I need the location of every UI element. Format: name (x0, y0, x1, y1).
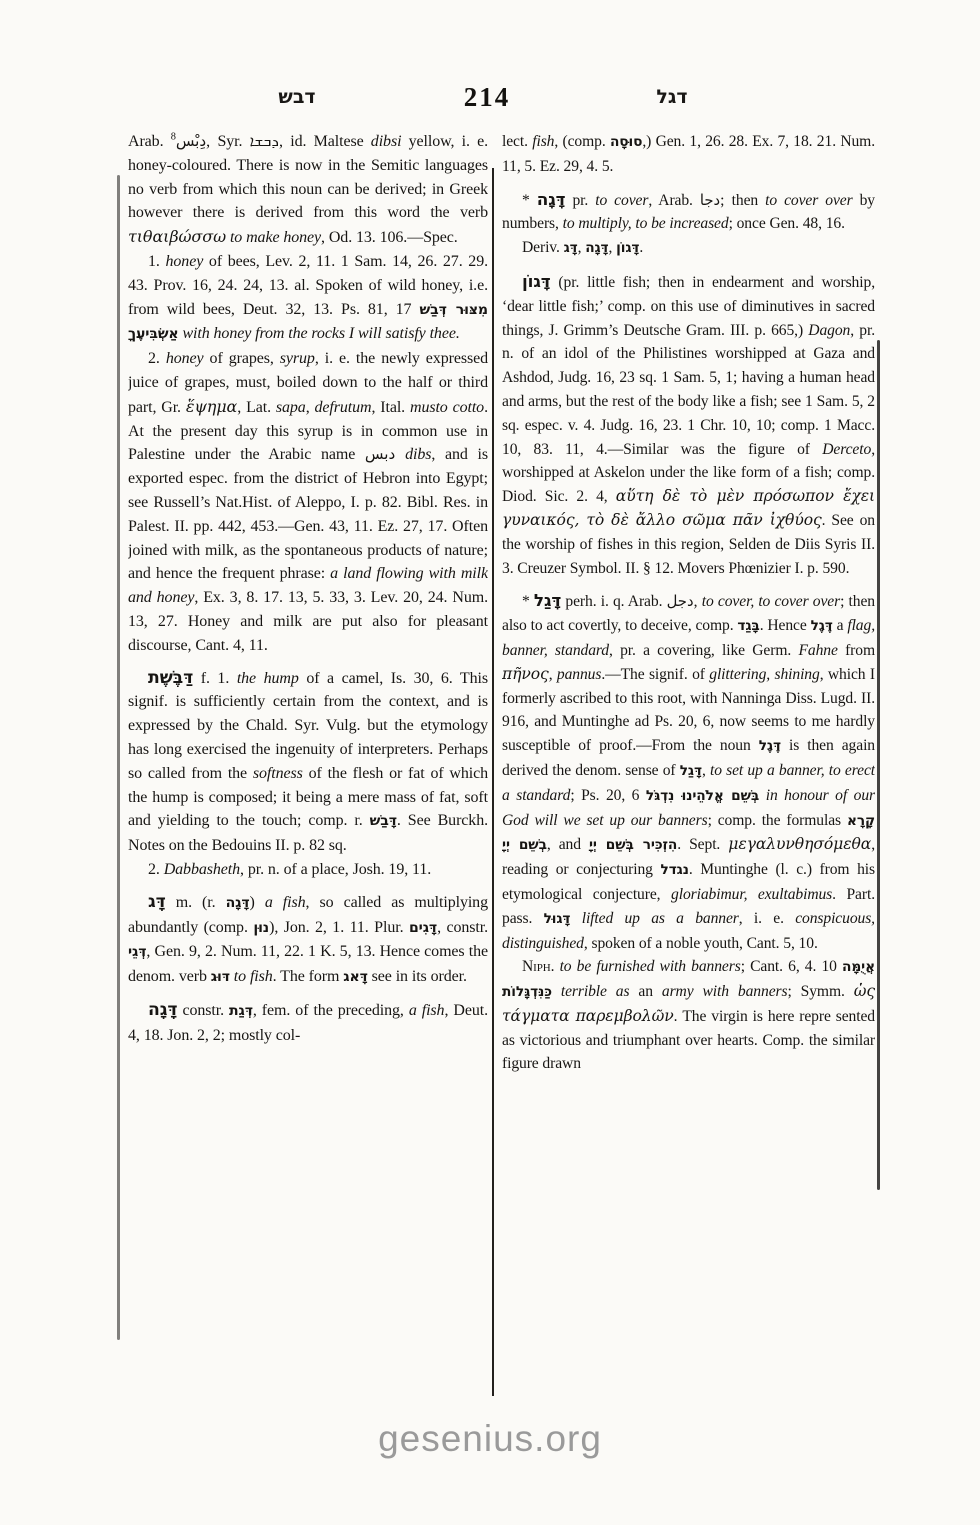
text-run: fish (532, 133, 554, 150)
left-column: Arab. 8دِبْس, Syr. ܕܒܫܐ, id. Maltese dib… (128, 130, 488, 1398)
text-run: ; once Gen. 48, 16. (729, 215, 845, 232)
hebrew-text: דָּגַל (680, 763, 702, 779)
text-run: , spoken of a noble youth, Cant. 5, 10. (584, 935, 818, 952)
text-run: , (694, 593, 702, 610)
text-run: , i. e. (739, 910, 795, 927)
text-run: , pr. n. of a place, Josh. 19, 11. (240, 861, 431, 878)
header-keyword-left: דבש (237, 86, 357, 108)
paragraph: * דָּגָה pr. to cover, Arab. دجا; then t… (502, 188, 875, 237)
text-run: ; comp. the formulas (708, 812, 847, 829)
paragraph: 2. honey of grapes, syrup, i. e. the new… (128, 347, 488, 657)
text-run: , (comp. (554, 133, 610, 150)
text-run: Arab. (128, 133, 171, 150)
hebrew-text: דְּגַת (229, 1003, 253, 1019)
text-run: 2. (148, 350, 166, 367)
text-run: ; Cant. 6, 4. 10 (741, 958, 842, 975)
text-run: . Sept. (677, 836, 728, 853)
hebrew-text: דָּג (148, 892, 166, 912)
hebrew-text: דָּגָה (537, 189, 566, 209)
text-run: . The form (273, 968, 344, 985)
text-run: to cover (595, 192, 648, 209)
text-run: , pr. n. of an idol of the Philistines w… (502, 322, 875, 458)
text-run: , fem. of the preceding, (253, 1002, 409, 1019)
text-run: a fish (409, 1002, 445, 1019)
hebrew-text: דָּבַשׁ (370, 813, 397, 829)
text-run: , id. Maltese (279, 133, 371, 150)
text-run: * (522, 593, 534, 610)
text-run: Fahne (798, 642, 837, 659)
text-run: with honey from the rocks I will satisfy… (182, 325, 459, 342)
text-run: musto cotto (410, 399, 484, 416)
text-run: 1. (148, 253, 166, 270)
greek-text: μεγαλυνθησόμεθα (728, 835, 871, 853)
hebrew-text: הִזְכִּיר בְּשֵׁם יְיָ (589, 837, 677, 853)
arabic-text: ܕܒܫܐ (250, 132, 279, 150)
hebrew-text: דָּגָה (585, 240, 608, 256)
text-run: softness (253, 765, 303, 782)
text-run: , Od. 13. 106.—Spec. (321, 229, 458, 246)
hebrew-text: דְּגֵי (128, 944, 146, 960)
hebrew-text: דֶּגֶל (811, 618, 833, 634)
text-run: m. (r. (166, 894, 226, 911)
text-run: , and (547, 836, 589, 853)
text-run: to cover over (765, 192, 852, 209)
text-run: ; Ps. 20, 6 (570, 787, 646, 804)
paragraph: * דָּגַל perh. i. q. Arab. دجل, to cover… (502, 589, 875, 955)
hebrew-text: דָּגוֹן (616, 240, 639, 256)
text-run: an (629, 983, 661, 1000)
text-run (552, 983, 561, 1000)
text-run: , Arab. (648, 192, 700, 209)
text-run: , Syr. (206, 133, 249, 150)
hebrew-text: דָּאג (343, 969, 368, 985)
paragraph: דַּבֶּשֶׁת f. 1. the hump of a camel, Is… (128, 667, 488, 858)
hebrew-text: דּוּג (211, 969, 230, 985)
text-run: honey (166, 350, 204, 367)
text-run: constr. (177, 1002, 229, 1019)
text-run: ; Symm. (787, 983, 853, 1000)
text-run (395, 446, 405, 463)
text-run: Dabbasheth (164, 861, 240, 878)
text-run: . Hence (760, 617, 811, 634)
text-run: terrible as (561, 983, 630, 1000)
text-run: Deriv. (522, 239, 564, 256)
hebrew-text: נוּן (253, 920, 269, 936)
right-column: lect. fish, (comp. סוּסָה,) Gen. 1, 26. … (502, 130, 875, 1402)
text-run: glittering, shining (709, 666, 819, 683)
text-run: . (639, 239, 643, 256)
hebrew-text: דָּג (564, 240, 578, 256)
hebrew-text: בְּשֵׁם אֱלֹהֵינוּ נִדְגֹּל (646, 788, 759, 804)
page-number: 214 (427, 82, 547, 113)
arabic-text: دبس (365, 445, 395, 463)
text-run: dibs (405, 446, 431, 463)
arabic-text: دِبْس (176, 132, 206, 150)
paragraph: דָּגָה constr. דְּגַת, fem. of the prece… (128, 999, 488, 1048)
watermark: gesenius.org (0, 1418, 980, 1460)
text-run: dibsi (371, 133, 402, 150)
text-run: to cover, to cover over (702, 593, 840, 610)
text-run: a (833, 617, 848, 634)
text-run: honey (166, 253, 204, 270)
paragraph: דָּג m. (r. דָּגָה) a fish, so called as… (128, 891, 488, 990)
paragraph: 2. Dabbasheth, pr. n. of a place, Josh. … (128, 858, 488, 882)
text-run: pannus (557, 666, 601, 683)
text-run: gloriabimur, exultabimus (671, 886, 832, 903)
greek-text: τιθαιβώσσω (128, 227, 226, 246)
text-run: the hump (237, 670, 299, 687)
hebrew-text: דָּגוּל (544, 911, 571, 927)
arabic-text: دجا (700, 192, 720, 209)
hebrew-text: דָּגוֹן (522, 271, 551, 291)
text-run: lifted up as a banner (582, 910, 739, 927)
scan-artifact-left-edge (117, 175, 120, 1340)
hebrew-text: דָּגָה (148, 1000, 177, 1020)
dictionary-page: דבש 214 דגל Arab. 8دِبْس, Syr. ܕܒܫܐ, id.… (0, 0, 980, 1525)
column-divider-rule (492, 168, 494, 1396)
text-run: to be furnished with banners (560, 958, 741, 975)
text-run: , and is exported espec. from the distri… (128, 446, 488, 582)
text-run: , (549, 666, 557, 683)
text-run: , (306, 399, 315, 416)
text-run: to fish (234, 968, 273, 985)
text-run: ), Jon. 2, 1. 11. Plur. (269, 919, 409, 936)
arabic-text: دجل (667, 593, 694, 610)
paragraph: Arab. 8دِبْس, Syr. ܕܒܫܐ, id. Maltese dib… (128, 130, 488, 250)
greek-text: ἕψημα (186, 397, 237, 416)
paragraph: 1. honey of bees, Lev. 2, 11. 1 Sam. 14,… (128, 250, 488, 347)
text-run: * (522, 192, 537, 209)
hebrew-text: דָּגַל (534, 590, 561, 610)
text-run: Dagon (808, 322, 850, 339)
greek-text: πῆνος (502, 665, 549, 683)
hebrew-text: דָּגִים (409, 920, 437, 936)
text-run: , (702, 762, 710, 779)
hebrew-text: בָּגַד (737, 618, 759, 634)
text-run: sapa (276, 399, 306, 416)
scan-artifact-right-edge (877, 340, 880, 1190)
text-run: from (838, 642, 875, 659)
text-run: lect. (502, 133, 532, 150)
paragraph: דָּגוֹן (pr. little fish; then in endear… (502, 270, 875, 580)
text-run: a fish (265, 894, 306, 911)
text-run: 2. (148, 861, 164, 878)
text-run: to make honey (230, 229, 321, 246)
text-run: defrutum (315, 399, 372, 416)
paragraph: Niph. to be furnished with banners; Cant… (502, 955, 875, 1076)
text-run: ; then (720, 192, 765, 209)
text-run: , Lat. (237, 399, 276, 416)
text-run: pr. (565, 192, 595, 209)
text-run: Niph. (522, 958, 554, 975)
paragraph: lect. fish, (comp. סוּסָה,) Gen. 1, 26. … (502, 130, 875, 179)
paragraph: Deriv. דָּג, דָּגָה, דָּגוֹן. (502, 236, 875, 261)
hebrew-text: דֶּגֶל (759, 738, 781, 754)
hebrew-text: דַּבֶּשֶׁת (148, 668, 193, 688)
text-run: perh. i. q. Arab. (561, 593, 666, 610)
hebrew-text: סוּסָה (610, 134, 642, 150)
hebrew-text: דָּגָה (226, 895, 250, 911)
text-run: to multiply, to be increased (563, 215, 729, 232)
text-run: army with banners (662, 983, 788, 1000)
text-run: , constr. (437, 919, 488, 936)
hebrew-text: נגדל (661, 862, 689, 878)
text-run: see in its order. (368, 968, 467, 985)
text-run: , pr. a covering, like Germ. (609, 642, 798, 659)
text-run (570, 910, 581, 927)
text-run: , (609, 239, 617, 256)
text-run: syrup (280, 350, 315, 367)
text-run: .—The signif. of (601, 666, 709, 683)
text-run: of grapes, (204, 350, 280, 367)
text-run: , Ital. (371, 399, 410, 416)
text-run: Derceto (822, 441, 871, 458)
header-keyword-right: דגל (612, 86, 732, 108)
text-run: ) (250, 894, 265, 911)
text-run: f. 1. (193, 670, 237, 687)
